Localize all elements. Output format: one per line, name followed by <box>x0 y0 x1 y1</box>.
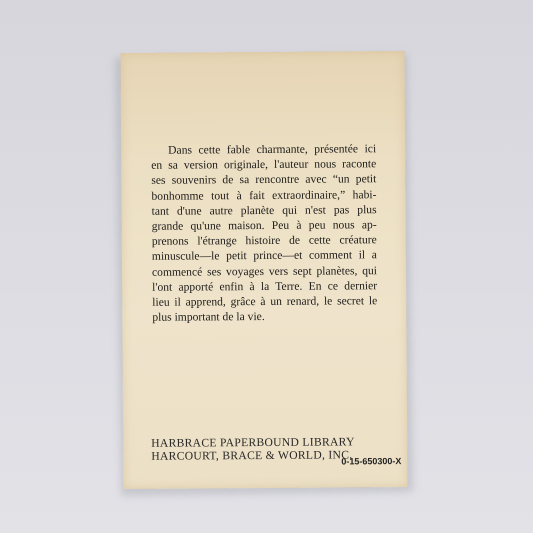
blurb-line: ses souvenirs de sa rencontre avec “un p… <box>151 172 376 189</box>
blurb-line: l'ont apporté enfin à la Terre. En ce de… <box>152 278 377 295</box>
blurb-line: minuscule—le petit prince—et comment il … <box>152 248 377 265</box>
blurb-line: prenons l'étrange histoire de cette créa… <box>152 232 377 249</box>
book-back-cover: Dans cette fable charmante, présentée ic… <box>120 51 407 489</box>
blurb-line: grande qu'une maison. Peu à peu nous ap- <box>152 217 377 234</box>
isbn-number: 0-15-650300-X <box>341 456 401 466</box>
blurb-line: en sa version originale, l'auteur nous r… <box>151 156 376 173</box>
blurb-line: tant d'une autre planète qui n'est pas p… <box>152 202 377 219</box>
blurb-line: commencé ses voyages vers sept planètes,… <box>152 263 377 280</box>
blurb-line: bonhomme tout à fait extraordinaire,” ha… <box>151 187 376 204</box>
blurb-line: Dans cette fable charmante, présentée ic… <box>151 141 376 158</box>
blurb-line: lieu il apprend, grâce à un renard, le s… <box>152 293 377 310</box>
blurb-line: plus important de la vie. <box>152 308 377 325</box>
publisher-imprint: HARBRACE PAPERBOUND LIBRARY HARCOURT, BR… <box>151 435 355 462</box>
blurb-text: Dans cette fable charmante, présentée ic… <box>151 141 377 325</box>
publisher-line-2: HARCOURT, BRACE & WORLD, INC. <box>151 448 355 462</box>
